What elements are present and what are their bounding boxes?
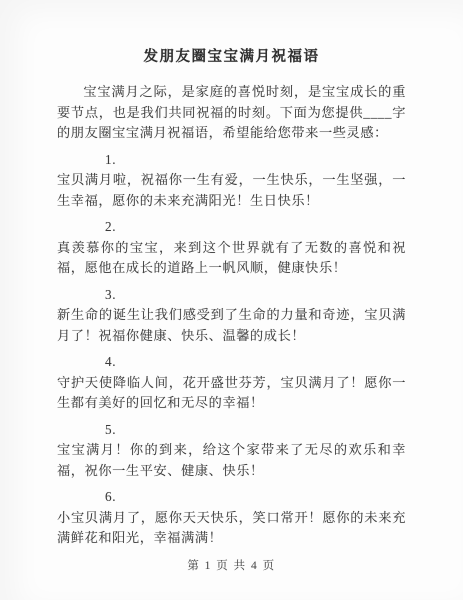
item-text: 宝宝满月！你的到来，给这个家带来了无尽的欢乐和幸福，祝你一生平安、健康、快乐！ [57, 440, 406, 481]
item-number: 6. [57, 487, 406, 508]
item-number: 2. [57, 217, 406, 238]
item-text: 小宝贝满月了，愿你天天快乐，笑口常开！愿你的未来充满鲜花和阳光，幸福满满！ [57, 508, 406, 549]
list-item: 3. 新生命的诞生让我们感受到了生命的力量和奇迹，宝贝满月了！祝福你健康、快乐、… [57, 285, 406, 347]
list-item: 5. 宝宝满月！你的到来，给这个家带来了无尽的欢乐和幸福，祝你一生平安、健康、快… [57, 420, 406, 482]
page-title: 发朋友圈宝宝满月祝福语 [57, 47, 406, 67]
list-item: 1. 宝贝满月啦，祝福你一生有爱，一生快乐，一生坚强，一生幸福，愿你的未来充满阳… [57, 150, 406, 212]
item-text: 守护天使降临人间，花开盛世芬芳，宝贝满月了！愿你一生都有美好的回忆和无尽的幸福！ [57, 373, 406, 414]
list-item: 2. 真羡慕你的宝宝，来到这个世界就有了无数的喜悦和祝福，愿他在成长的道路上一帆… [57, 217, 406, 279]
list-item: 4. 守护天使降临人间，花开盛世芬芳，宝贝满月了！愿你一生都有美好的回忆和无尽的… [57, 352, 406, 414]
intro-paragraph: 宝宝满月之际，是家庭的喜悦时刻，是宝宝成长的重要节点，也是我们共同祝福的时刻。下… [57, 82, 406, 144]
item-text: 真羡慕你的宝宝，来到这个世界就有了无数的喜悦和祝福，愿他在成长的道路上一帆风顺，… [57, 238, 406, 279]
item-text: 宝贝满月啦，祝福你一生有爱，一生快乐，一生坚强，一生幸福，愿你的未来充满阳光！生… [57, 170, 406, 211]
item-number: 3. [57, 285, 406, 306]
list-item: 6. 小宝贝满月了，愿你天天快乐，笑口常开！愿你的未来充满鲜花和阳光，幸福满满！ [57, 487, 406, 549]
item-text: 新生命的诞生让我们感受到了生命的力量和奇迹，宝贝满月了！祝福你健康、快乐、温馨的… [57, 305, 406, 346]
item-number: 5. [57, 420, 406, 441]
item-number: 4. [57, 352, 406, 373]
page-number-footer: 第 1 页 共 4 页 [0, 557, 463, 573]
document-page: 发朋友圈宝宝满月祝福语 宝宝满月之际，是家庭的喜悦时刻，是宝宝成长的重要节点，也… [0, 0, 463, 600]
item-number: 1. [57, 150, 406, 171]
